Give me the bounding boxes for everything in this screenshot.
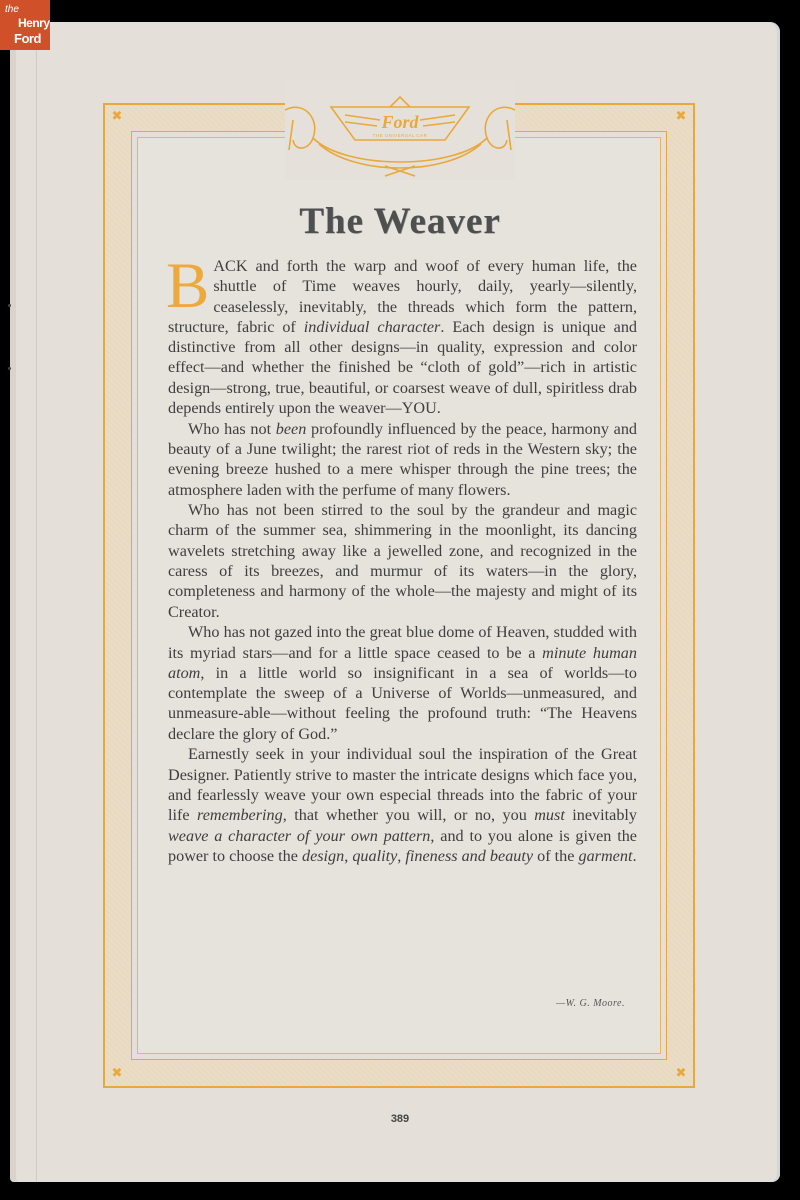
article-paragraph: Earnestly seek in your individual soul t… (168, 744, 637, 866)
italic-text: must (534, 806, 565, 824)
italic-text: been (276, 420, 307, 438)
paragraph-text: inevitably (565, 806, 637, 824)
page-gutter-line (36, 22, 37, 1182)
logo-henry: Henry (18, 16, 50, 30)
italic-text: garment (578, 847, 632, 865)
italic-text: fineness and beauty (405, 847, 533, 865)
article-paragraph: Who has not been profoundly influenced b… (168, 419, 637, 500)
italic-text: remembering (197, 806, 283, 824)
binding-speck (8, 304, 11, 307)
drop-cap: B (166, 260, 209, 312)
article-paragraph: Who has not been stirred to the soul by … (168, 500, 637, 622)
article-title: The Weaver (0, 200, 800, 243)
henry-ford-watermark-logo: the Henry Ford (0, 0, 50, 50)
italic-text: quality (352, 847, 397, 865)
paragraph-text: , that whether you will, or no, you (283, 806, 535, 824)
article-body: BACK and forth the warp and woof of ever… (168, 256, 637, 866)
corner-cross-icon: ✖ (111, 111, 123, 123)
paragraph-text: Who has not (188, 420, 276, 438)
italic-text: weave a character of your own pattern (168, 827, 430, 845)
paragraph-text: , in a little world so insignificant in … (168, 664, 637, 743)
corner-cross-icon: ✖ (111, 1068, 123, 1080)
article-paragraph: BACK and forth the warp and woof of ever… (168, 256, 637, 418)
svg-text:THE UNIVERSAL CAR: THE UNIVERSAL CAR (373, 133, 428, 138)
italic-text: individual character (304, 318, 441, 336)
page-number: 389 (0, 1113, 800, 1125)
corner-cross-icon: ✖ (675, 111, 687, 123)
logo-ford: Ford (14, 31, 41, 46)
logo-the: the (5, 4, 19, 15)
svg-text:Ford: Ford (380, 112, 419, 132)
paragraph-text: . (632, 847, 636, 865)
binding-speck (8, 367, 11, 370)
corner-cross-icon: ✖ (675, 1068, 687, 1080)
paragraph-text: Who has not been stirred to the soul by … (168, 501, 637, 620)
author-attribution: —W. G. Moore. (420, 998, 625, 1009)
italic-text: design (302, 847, 344, 865)
ford-winged-emblem-icon: Ford THE UNIVERSAL CAR (285, 80, 515, 180)
paragraph-text: of the (533, 847, 578, 865)
article-paragraph: Who has not gazed into the great blue do… (168, 622, 637, 744)
